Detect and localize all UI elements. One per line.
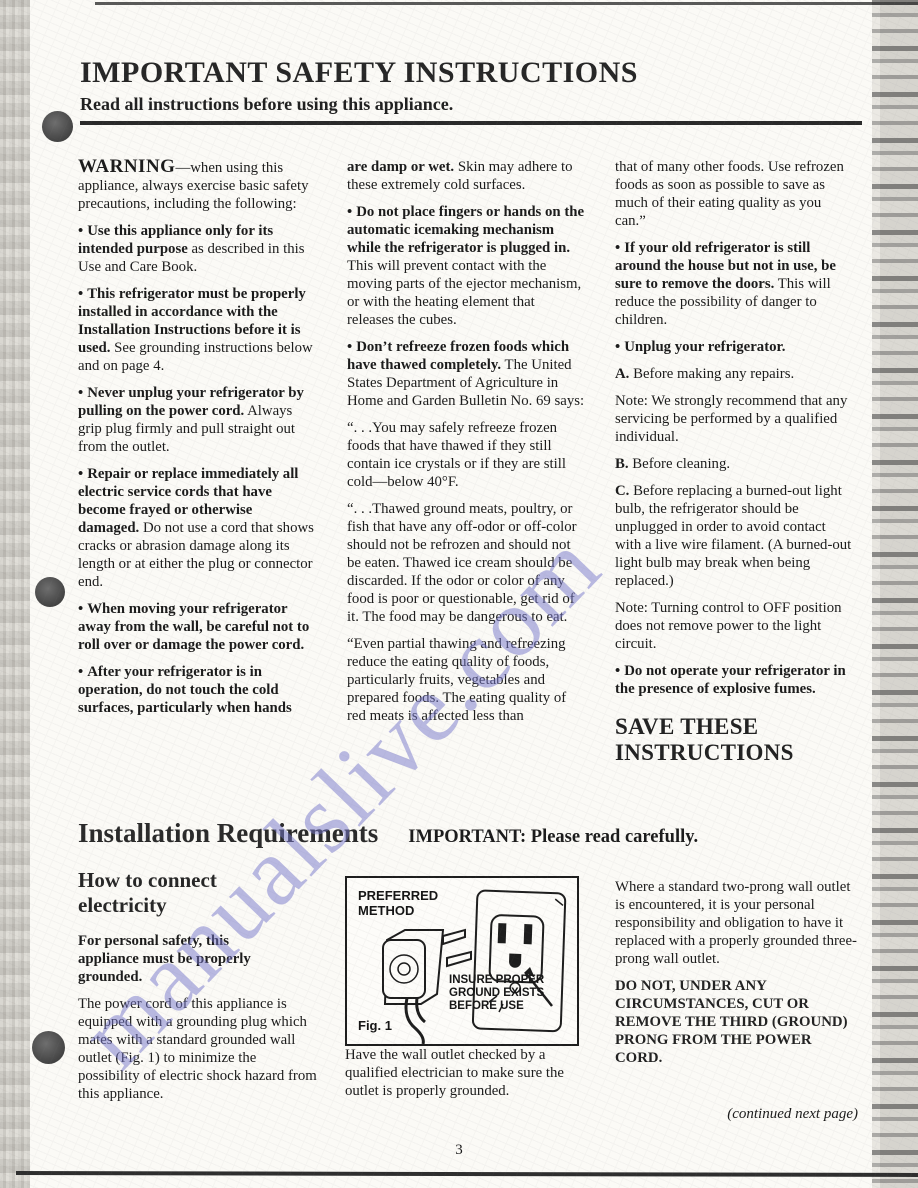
item-text: Before replacing a burned-out light bulb… — [615, 483, 851, 589]
installation-header: Installation Requirements IMPORTANT: Ple… — [78, 818, 698, 849]
bullet-item: •If your old refrigerator is still aroun… — [615, 239, 853, 329]
figure-caption: Fig. 1 — [358, 1018, 392, 1033]
header-rule — [80, 121, 862, 125]
bullet-glyph: • — [615, 663, 620, 679]
item-text: Before making any repairs. — [629, 366, 794, 382]
bullet-rest-text: See grounding instructions below and on … — [78, 340, 313, 374]
bullet-glyph: • — [615, 240, 620, 256]
bullet-glyph: • — [615, 339, 620, 355]
safety-column-3: that of many other foods. Use refrozen f… — [615, 158, 853, 766]
bullet-item: •Do not operate your refrigerator in the… — [615, 662, 853, 698]
hole-punch — [42, 111, 73, 142]
scan-top-line — [95, 2, 918, 5]
install-column-2: PREFERRED METHOD INSURE PROPER GROUND EX… — [345, 876, 581, 1109]
page-subtitle: Read all instructions before using this … — [80, 94, 453, 115]
safety-column-2: are damp or wet. Skin may adhere to thes… — [347, 158, 585, 734]
bullet-item: •Never unplug your refrigerator by pulli… — [78, 384, 316, 456]
page-title: IMPORTANT SAFETY INSTRUCTIONS — [80, 56, 638, 90]
figure-under-text: Have the wall outlet checked by a qualif… — [345, 1046, 581, 1100]
item-text: Before cleaning. — [629, 456, 730, 472]
install-column-3: Where a standard two-prong wall outlet i… — [615, 878, 859, 1076]
grounded-heading: For personal safety, this appliance must… — [78, 932, 278, 986]
safety-column-1: WARNING—when using this appliance, alway… — [78, 158, 316, 726]
warning-word: WARNING — [78, 156, 175, 177]
binding-edge-texture — [0, 0, 30, 1188]
quote-paragraph: “Even partial thawing and refreezing red… — [347, 635, 585, 725]
preferred-method-label: PREFERRED METHOD — [358, 888, 453, 918]
do-not-cut-warning: DO NOT, UNDER ANY CIRCUMSTANCES, CUT OR … — [615, 977, 859, 1067]
insure-ground-label: INSURE PROPER GROUND EXISTS BEFORE USE — [449, 974, 571, 1013]
bullet-glyph: • — [78, 664, 83, 680]
note-paragraph: Note: Turning control to OFF position do… — [615, 599, 853, 653]
bullet-item: •Don’t refreeze frozen foods which have … — [347, 338, 585, 410]
bullet-glyph: • — [78, 385, 83, 401]
warning-paragraph: WARNING—when using this appliance, alway… — [78, 158, 316, 213]
bullet-item: •Unplug your refrigerator. — [615, 338, 853, 356]
save-line: INSTRUCTIONS — [615, 740, 853, 766]
bullet-glyph: • — [78, 223, 83, 239]
bullet-item: •Use this appliance only for its intende… — [78, 222, 316, 276]
bullet-glyph: • — [347, 339, 352, 355]
item-letter: C. — [615, 483, 629, 499]
sub-item-a: A. Before making any repairs. — [615, 365, 853, 383]
grounded-body: The power cord of this appliance is equi… — [78, 995, 318, 1103]
scanned-manual-page: IMPORTANT SAFETY INSTRUCTIONS Read all i… — [0, 0, 918, 1188]
continued-next-page: (continued next page) — [618, 1106, 858, 1123]
bullet-item: •Repair or replace immediately all elect… — [78, 465, 316, 591]
continued-paragraph: that of many other foods. Use refrozen f… — [615, 158, 853, 230]
save-instructions-heading: SAVE THESE INSTRUCTIONS — [615, 714, 853, 766]
bullet-glyph: • — [78, 601, 83, 617]
bold-text: are damp or wet. — [347, 159, 454, 175]
figure-1-box: PREFERRED METHOD INSURE PROPER GROUND EX… — [345, 876, 579, 1046]
two-prong-paragraph: Where a standard two-prong wall outlet i… — [615, 878, 859, 968]
bullet-rest-text: This will prevent contact with the movin… — [347, 258, 581, 328]
note-paragraph: Note: We strongly recommend that any ser… — [615, 392, 853, 446]
save-line: SAVE THESE — [615, 714, 853, 740]
installation-important: IMPORTANT: Please read carefully. — [408, 827, 698, 848]
bullet-item: •After your refrigerator is in operation… — [78, 663, 316, 717]
bullet-glyph: • — [78, 286, 83, 302]
hole-punch — [32, 1031, 65, 1064]
bullet-glyph: • — [347, 204, 352, 220]
continued-paragraph: are damp or wet. Skin may adhere to thes… — [347, 158, 585, 194]
sub-item-b: B. Before cleaning. — [615, 455, 853, 473]
sub-item-c: C. Before replacing a burned-out light b… — [615, 482, 853, 590]
scan-bottom-line — [16, 1171, 918, 1177]
bullet-item: •Do not place fingers or hands on the au… — [347, 203, 585, 329]
bullet-bold-text: Do not place fingers or hands on the aut… — [347, 204, 584, 256]
item-letter: A. — [615, 366, 629, 382]
hole-punch — [35, 577, 65, 607]
quote-paragraph: “. . .Thawed ground meats, poultry, or f… — [347, 500, 585, 626]
item-letter: B. — [615, 456, 629, 472]
quote-paragraph: “. . .You may safely refreeze frozen foo… — [347, 419, 585, 491]
bullet-item: •When moving your refrigerator away from… — [78, 600, 316, 654]
page-number: 3 — [0, 1142, 918, 1159]
bullet-bold-text: Unplug your refrigerator. — [624, 339, 785, 355]
bullet-bold-text: Do not operate your refrigerator in the … — [615, 663, 846, 697]
bullet-bold-text: After your refrigerator is in operation,… — [78, 664, 292, 716]
scan-edge-artifacts — [872, 0, 918, 1188]
bullet-item: •This refrigerator must be properly inst… — [78, 285, 316, 375]
how-to-connect-heading: How to connect electricity — [78, 868, 248, 918]
install-column-1: How to connect electricity For personal … — [78, 868, 318, 1112]
bullet-bold-text: When moving your refrigerator away from … — [78, 601, 309, 653]
installation-title: Installation Requirements — [78, 818, 378, 849]
bullet-glyph: • — [78, 466, 83, 482]
